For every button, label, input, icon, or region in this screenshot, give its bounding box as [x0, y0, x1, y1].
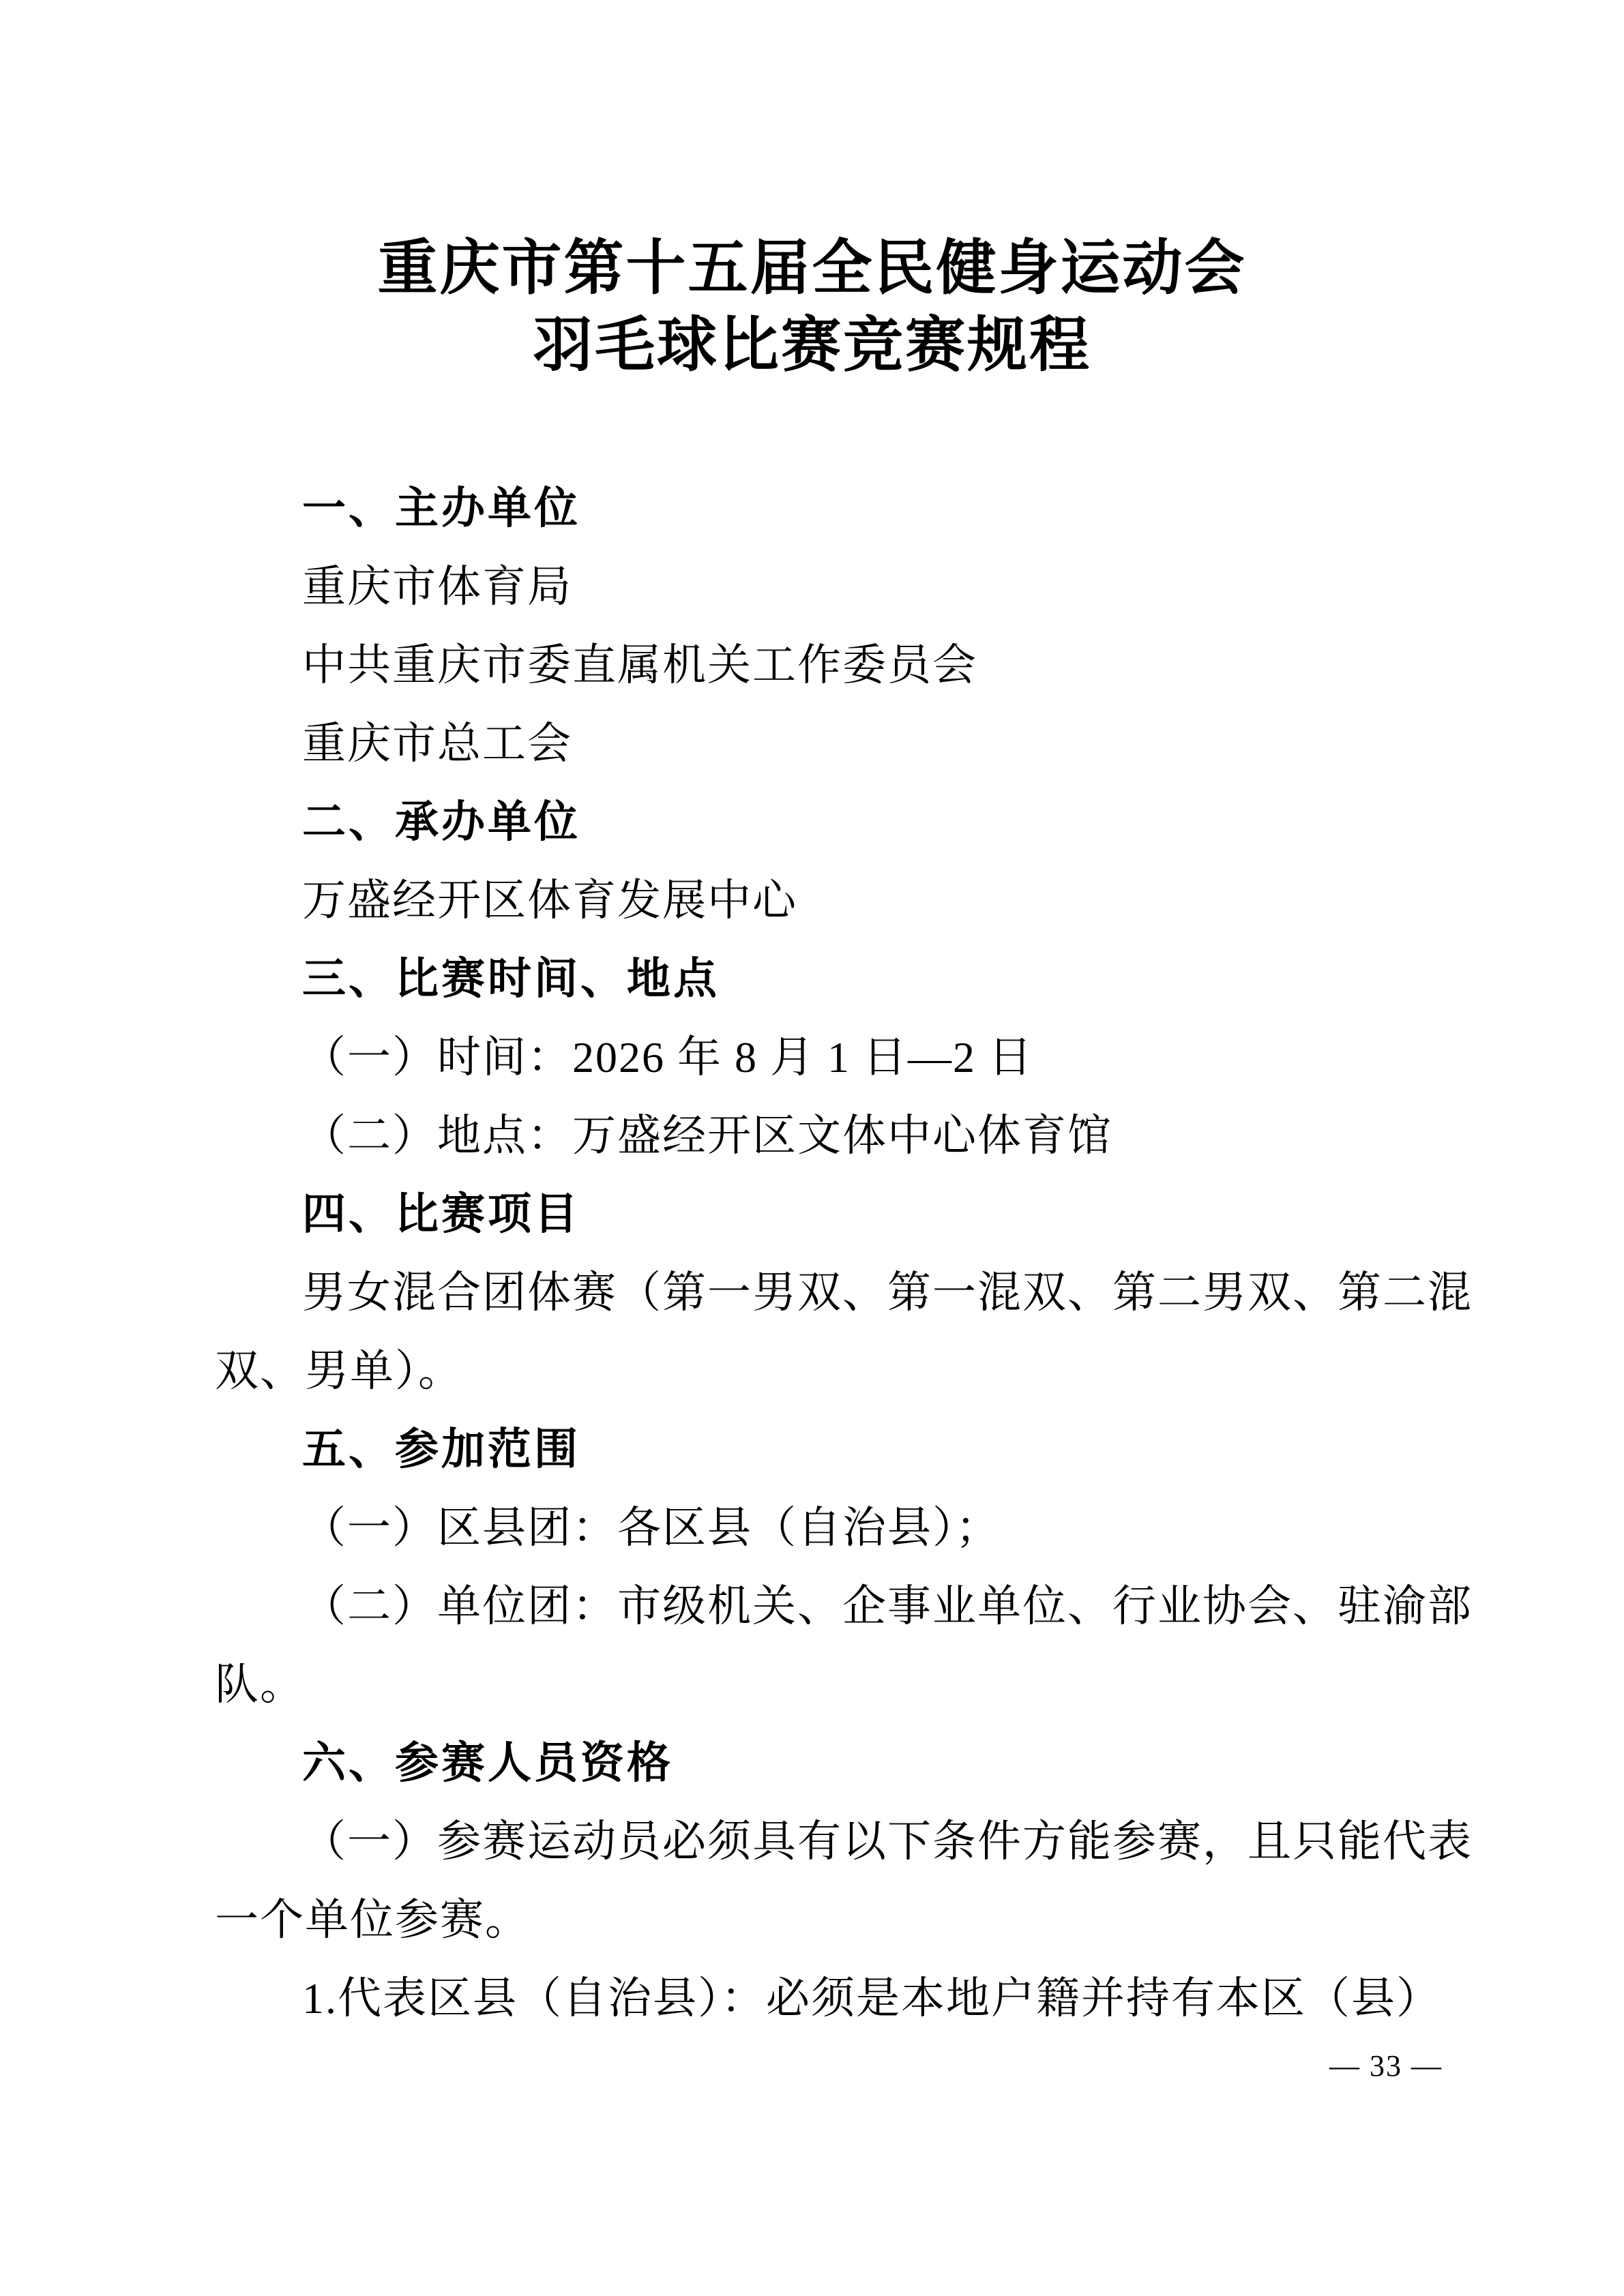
paragraph-line: 队。 — [215, 1645, 1443, 1724]
document-body: 一、主办单位重庆市体育局中共重庆市委直属机关工作委员会重庆市总工会二、承办单位万… — [215, 469, 1443, 2038]
section-heading: 六、参赛人员资格 — [215, 1724, 1443, 1802]
paragraph-line: 中共重庆市委直属机关工作委员会 — [215, 626, 1443, 704]
paragraph-line: 重庆市总工会 — [215, 704, 1443, 783]
paragraph-line: 一个单位参赛。 — [215, 1881, 1443, 1959]
document-title-line-2: 羽毛球比赛竞赛规程 — [0, 308, 1624, 385]
paragraph-line: 重庆市体育局 — [215, 548, 1443, 626]
paragraph-line: （一）时间：2026 年 8 月 1 日—2 日 — [215, 1018, 1443, 1097]
paragraph-line: 万盛经开区体育发展中心 — [215, 861, 1443, 940]
document-page: 重庆市第十五届全民健身运动会 羽毛球比赛竞赛规程 一、主办单位重庆市体育局中共重… — [0, 0, 1624, 2296]
paragraph-line: 男女混合团体赛（第一男双、第一混双、第二男双、第二混 — [215, 1253, 1443, 1332]
paragraph-line: （一）区县团：各区县（自治县）； — [215, 1489, 1443, 1567]
section-heading: 一、主办单位 — [215, 469, 1443, 548]
paragraph-line: （二）地点：万盛经开区文体中心体育馆 — [215, 1097, 1443, 1175]
section-heading: 四、比赛项目 — [215, 1175, 1443, 1253]
section-heading: 三、比赛时间、地点 — [215, 940, 1443, 1018]
document-title-line-1: 重庆市第十五届全民健身运动会 — [0, 230, 1624, 308]
section-heading: 二、承办单位 — [215, 783, 1443, 861]
paragraph-line: （一）参赛运动员必须具有以下条件方能参赛，且只能代表 — [215, 1802, 1443, 1881]
paragraph-line: 1.代表区县（自治县）：必须是本地户籍并持有本区（县） — [215, 1959, 1443, 2038]
document-title: 重庆市第十五届全民健身运动会 羽毛球比赛竞赛规程 — [0, 230, 1624, 385]
page-number: — 33 — — [1329, 2046, 1443, 2087]
paragraph-line: （二）单位团：市级机关、企事业单位、行业协会、驻渝部 — [215, 1567, 1443, 1645]
paragraph-line: 双、男单）。 — [215, 1332, 1443, 1410]
section-heading: 五、参加范围 — [215, 1410, 1443, 1489]
